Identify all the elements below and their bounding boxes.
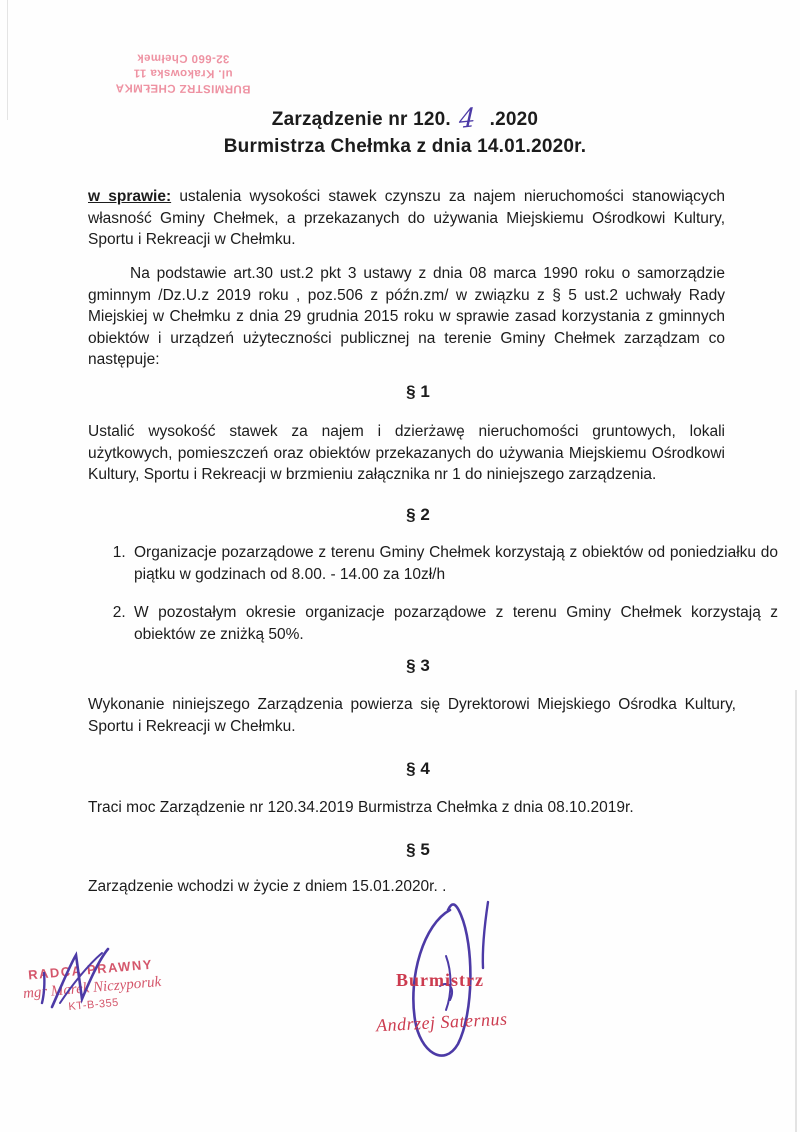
section-4-body: Traci moc Zarządzenie nr 120.34.2019 Bur… [88,797,725,819]
subject-text: ustalenia wysokości stawek czynszu za na… [88,188,725,248]
handwritten-ordinance-number: 4 [458,105,476,134]
document-title: Zarządzenie nr 120.4.2020 Burmistrza Che… [0,104,800,160]
legal-counsel-signature [30,945,130,1020]
section-5-body: Zarządzenie wchodzi w życie z dniem 15.0… [88,876,725,898]
section-2-list: Organizacje pozarządowe z terenu Gminy C… [88,542,778,662]
section-1-heading: § 1 [88,382,748,402]
section-2-item-1: Organizacje pozarządowe z terenu Gminy C… [130,542,778,585]
subject-paragraph: w sprawie: ustalenia wysokości stawek cz… [88,186,725,251]
scan-edge-artifact [7,0,8,120]
legal-basis-paragraph: Na podstawie art.30 ust.2 pkt 3 ustawy z… [88,263,725,371]
sender-stamp-city: 32-660 Chełmek [88,49,278,66]
section-1-body: Ustalić wysokość stawek za najem i dzier… [88,421,725,486]
sender-stamp-street: ul. Krakowska 11 [88,64,278,81]
title-line-1: Zarządzenie nr 120.4.2020 [0,104,800,133]
title-line-2: Burmistrza Chełmka z dnia 14.01.2020r. [0,133,800,160]
title-number-prefix: Zarządzenie nr 120. [272,109,451,130]
sender-stamp-org: BURMISTRZ CHEŁMKA [88,79,278,96]
section-3-heading: § 3 [88,656,748,676]
subject-label: w sprawie: [88,188,171,205]
section-2-item-2: W pozostałym okresie organizacje pozarzą… [130,602,778,645]
document-page: BURMISTRZ CHEŁMKA ul. Krakowska 11 32-66… [0,0,800,1132]
section-2-heading: § 2 [88,505,748,525]
title-number-suffix: .2020 [490,109,539,130]
mayor-stamp-title: Burmistrz [396,970,484,991]
scan-edge-artifact [795,690,797,1132]
section-3-body: Wykonanie niniejszego Zarządzenia powier… [88,694,736,737]
sender-stamp: BURMISTRZ CHEŁMKA ul. Krakowska 11 32-66… [88,49,278,96]
section-4-heading: § 4 [88,759,748,779]
section-5-heading: § 5 [88,840,748,860]
